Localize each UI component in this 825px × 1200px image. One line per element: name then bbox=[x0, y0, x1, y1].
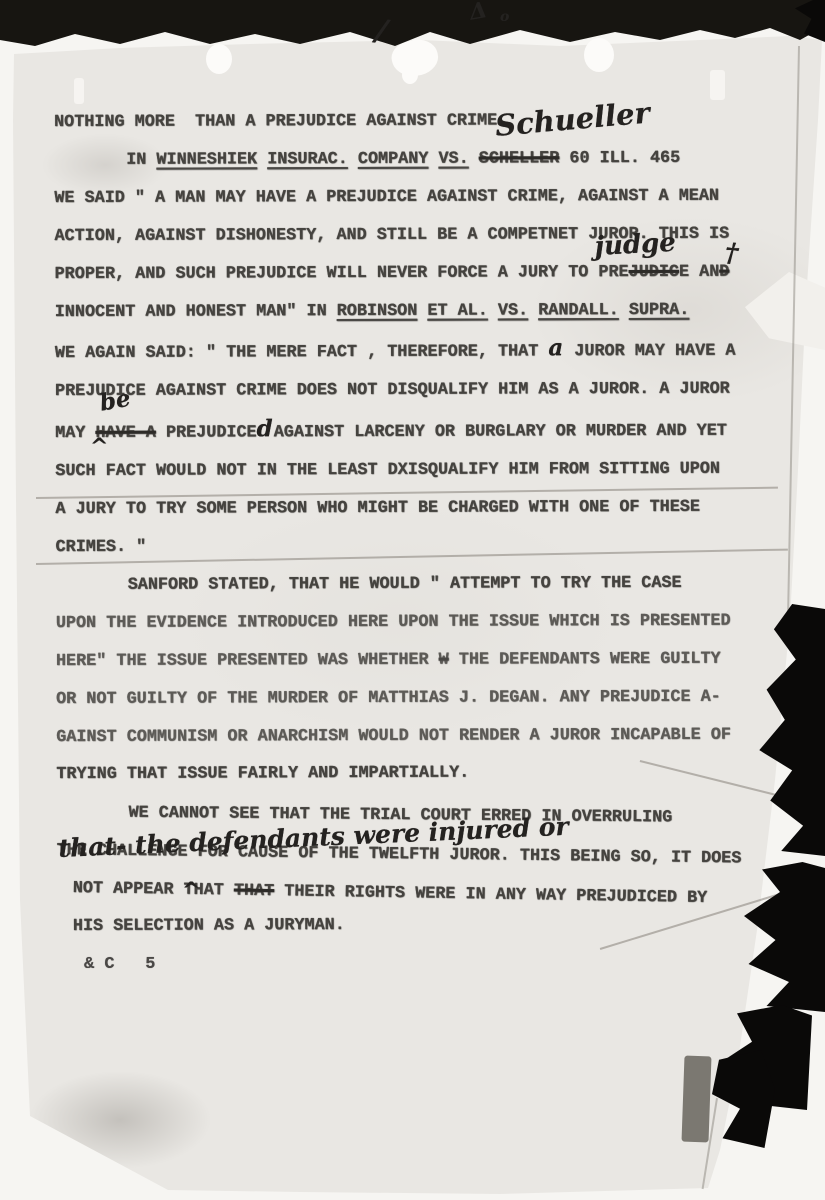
typed-text-segment: A JURY TO TRY SOME PERSON WHO MIGHT BE C… bbox=[55, 498, 700, 519]
typed-text-segment: THEIR RIGHTS WERE IN ANY WAY PREJUDICED … bbox=[274, 882, 707, 908]
typed-text-segment: CRIMES. " bbox=[56, 538, 147, 557]
typed-line: WE AGAIN SAID: " THE MERE FACT , THEREFO… bbox=[55, 329, 779, 373]
struck-out-text: JUDIC bbox=[629, 262, 679, 281]
caret-after-may: ^ bbox=[90, 436, 108, 458]
typed-text-segment: WE SAID " A MAN MAY HAVE A PREJUDICE AGA… bbox=[54, 186, 719, 207]
paper-white-spot bbox=[74, 78, 84, 104]
struck-out-text: W bbox=[439, 650, 449, 669]
typed-line: NOTHING MORE THAN A PREJUDICE AGAINST CR… bbox=[54, 101, 778, 141]
typed-text-segment: HIS SELECTION AS A JURYMAN. bbox=[73, 916, 345, 936]
typed-text-segment: NOTHING MORE THAN A PREJUDICE AGAINST CR… bbox=[54, 111, 507, 132]
typed-text-segment: NOT APPEAR THAT bbox=[73, 879, 234, 901]
typed-line: WE SAID " A MAN MAY HAVE A PREJUDICE AGA… bbox=[54, 177, 778, 217]
typed-line: PREJUDICE AGAINST CRIME DOES NOT DISQUAL… bbox=[55, 371, 779, 411]
typed-text-segment: TRYING THAT ISSUE FAIRLY AND IMPARTIALLY… bbox=[56, 764, 469, 784]
paper-white-spot bbox=[710, 70, 725, 100]
handwritten-insert: d bbox=[257, 415, 274, 442]
underlined-text: RANDALL. bbox=[538, 301, 619, 320]
typed-text-segment: THE DEFENDANTS WERE GUILTY bbox=[449, 649, 721, 669]
typed-text-segment bbox=[417, 301, 427, 320]
typed-line: SUCH FACT WOULD NOT IN THE LEAST DXISQUA… bbox=[55, 451, 779, 491]
typed-line: GAINST COMMUNISM OR ANARCHISM WOULD NOT … bbox=[56, 716, 780, 756]
scanned-document-page: NOTHING MORE THAN A PREJUDICE AGAINST CR… bbox=[0, 0, 825, 1200]
typed-line: INNOCENT AND HONEST MAN" IN ROBINSON ET … bbox=[55, 291, 779, 331]
typed-text-segment bbox=[619, 301, 629, 320]
typed-line: CRIMES. " bbox=[55, 526, 779, 566]
typed-text-segment: AGAINST LARCENY OR BURGLARY OR MURDER AN… bbox=[274, 422, 727, 443]
typed-text-segment: GAINST COMMUNISM OR ANARCHISM WOULD NOT … bbox=[56, 725, 731, 746]
handwritten-judge: judge bbox=[594, 230, 676, 260]
pen-mark-top-triangle: Δ bbox=[468, 0, 489, 24]
typed-text-segment: INNOCENT AND HONEST MAN" IN bbox=[55, 302, 337, 322]
typed-text-segment: SANFORD STATED, THAT HE WOULD " ATTEMPT … bbox=[128, 574, 682, 595]
underlined-text: VS. bbox=[498, 301, 528, 320]
typed-line: SANFORD STATED, THAT HE WOULD " ATTEMPT … bbox=[56, 564, 780, 604]
underlined-text: VS. bbox=[438, 149, 468, 168]
underlined-text: INSURAC. bbox=[267, 150, 348, 169]
punch-hole bbox=[402, 66, 418, 84]
underlined-text: ET AL. bbox=[427, 301, 488, 320]
typed-line: IN WINNESHIEK INSURAC. COMPANY VS. SCHEL… bbox=[54, 139, 778, 179]
pen-stroke-through-d: † bbox=[724, 240, 740, 267]
typed-text-segment: PREJUDICE bbox=[156, 424, 257, 443]
typed-text-segment: 60 ILL. 465 bbox=[559, 149, 680, 168]
punch-hole bbox=[206, 44, 232, 74]
typed-line: PROPER, AND SUCH PREJUDICE WILL NEVER FO… bbox=[55, 253, 779, 293]
struck-out-text: THAT bbox=[234, 882, 275, 902]
underlined-text: ROBINSON bbox=[337, 301, 418, 320]
typed-text-segment: OR NOT GUILTY OF THE MURDER OF MATTHIAS … bbox=[56, 687, 721, 708]
typed-text-segment: IN bbox=[126, 151, 156, 170]
typed-line: A JURY TO TRY SOME PERSON WHO MIGHT BE C… bbox=[55, 489, 779, 529]
typed-line: TRYING THAT ISSUE FAIRLY AND IMPARTIALLY… bbox=[56, 754, 780, 794]
underlined-text: COMPANY bbox=[358, 150, 429, 169]
handwritten-insert: a bbox=[548, 335, 564, 362]
struck-out-text: SCHELLER bbox=[479, 149, 560, 168]
typed-line: OR NOT GUILTY OF THE MURDER OF MATTHIAS … bbox=[56, 678, 780, 718]
typed-text-segment: UPON THE EVIDENCE INTRODUCED HERE UPON T… bbox=[56, 611, 731, 632]
typed-text-segment bbox=[257, 150, 267, 169]
typed-text-segment: HERE" THE ISSUE PRESENTED WAS WHETHER bbox=[56, 650, 439, 670]
tape-strip bbox=[682, 1056, 712, 1143]
typed-line: UPON THE EVIDENCE INTRODUCED HERE UPON T… bbox=[56, 602, 780, 642]
punch-hole bbox=[584, 38, 614, 72]
typed-text-segment bbox=[348, 150, 358, 169]
typed-line: MAY HAVE A PREJUDICEdAGAINST LARCENY OR … bbox=[55, 409, 779, 453]
page-footer-number: & C 5 bbox=[84, 956, 155, 973]
underlined-text: SUPRA. bbox=[629, 300, 690, 319]
typed-text-segment: PREJUDICE AGAINST CRIME DOES NOT DISQUAL… bbox=[55, 380, 730, 401]
typed-text-segment bbox=[528, 301, 538, 320]
typed-text-segment bbox=[488, 301, 498, 320]
typed-line: HERE" THE ISSUE PRESENTED WAS WHETHER W … bbox=[56, 640, 780, 680]
underlined-text: WINNESHIEK bbox=[156, 150, 257, 169]
handwritten-be: be bbox=[98, 387, 132, 415]
typed-text-segment: JUROR MAY HAVE A bbox=[564, 342, 735, 362]
typed-text-segment bbox=[428, 150, 438, 169]
typed-text-segment bbox=[469, 149, 479, 168]
caret-after-appear: ^ bbox=[182, 880, 200, 902]
typed-text-segment: WE AGAIN SAID: " THE MERE FACT , THEREFO… bbox=[55, 343, 549, 364]
pen-mark-top-o: o bbox=[500, 10, 509, 24]
typed-text-segment: E AN bbox=[679, 262, 719, 281]
typed-text-segment: PROPER, AND SUCH PREJUDICE WILL NEVER FO… bbox=[55, 263, 629, 284]
typed-text-segment: SUCH FACT WOULD NOT IN THE LEAST DXISQUA… bbox=[55, 460, 720, 481]
